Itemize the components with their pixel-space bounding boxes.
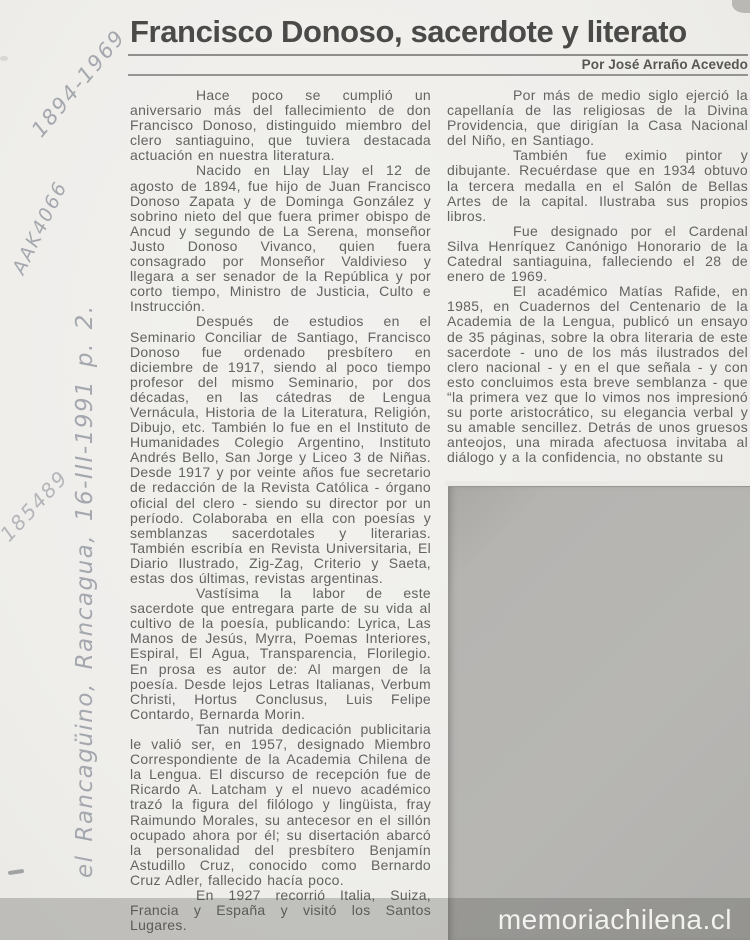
redacted-photo-block — [448, 486, 750, 940]
handwritten-accession-number: 185489 — [0, 465, 73, 546]
article-byline: Por José Arraño Acevedo — [448, 57, 748, 72]
paragraph: Tan nutrida dedicación publicitaria le v… — [130, 722, 431, 888]
paragraph: Por más de medio siglo ejerció la capell… — [447, 88, 748, 148]
scan-edge-smudge — [0, 56, 8, 61]
handwritten-source-note: el Rancagüino, Rancagua, 16-III-1991 p. … — [72, 278, 98, 878]
paragraph: Después de estudios en el Seminario Conc… — [130, 314, 431, 586]
paragraph: Nacido en Llay Llay el 12 de agosto de 1… — [130, 163, 431, 314]
handwritten-catalog-code: AAK4066 — [8, 178, 72, 278]
article-right-column: Por más de medio siglo ejerció la capell… — [447, 88, 748, 480]
stray-pencil-mark — [8, 869, 24, 875]
paragraph: El académico Matías Rafide, en 1985, en … — [447, 284, 748, 465]
header-rule-top — [128, 54, 748, 56]
paragraph: Hace poco se cumplió un aniversario más … — [130, 88, 431, 163]
header-rule-bottom — [128, 74, 748, 76]
handwritten-years-annotation: 1894-1969 — [27, 25, 131, 142]
scan-corner-smudge — [732, 0, 750, 13]
paragraph: Vastísima la labor de este sacerdote que… — [130, 586, 431, 722]
newspaper-clipping-scan: 1894-1969 AAK4066 185489 el Rancagüino, … — [0, 0, 750, 940]
memoriachilena-watermark: memoriachilena.cl — [498, 900, 732, 940]
paragraph: También fue eximio pintor y dibujante. R… — [447, 148, 748, 223]
article-left-column: Hace poco se cumplió un aniversario más … — [130, 88, 431, 934]
paragraph: Fue designado por el Cardenal Silva Henr… — [447, 224, 748, 284]
article-title: Francisco Donoso, sacerdote y literato — [130, 14, 748, 50]
